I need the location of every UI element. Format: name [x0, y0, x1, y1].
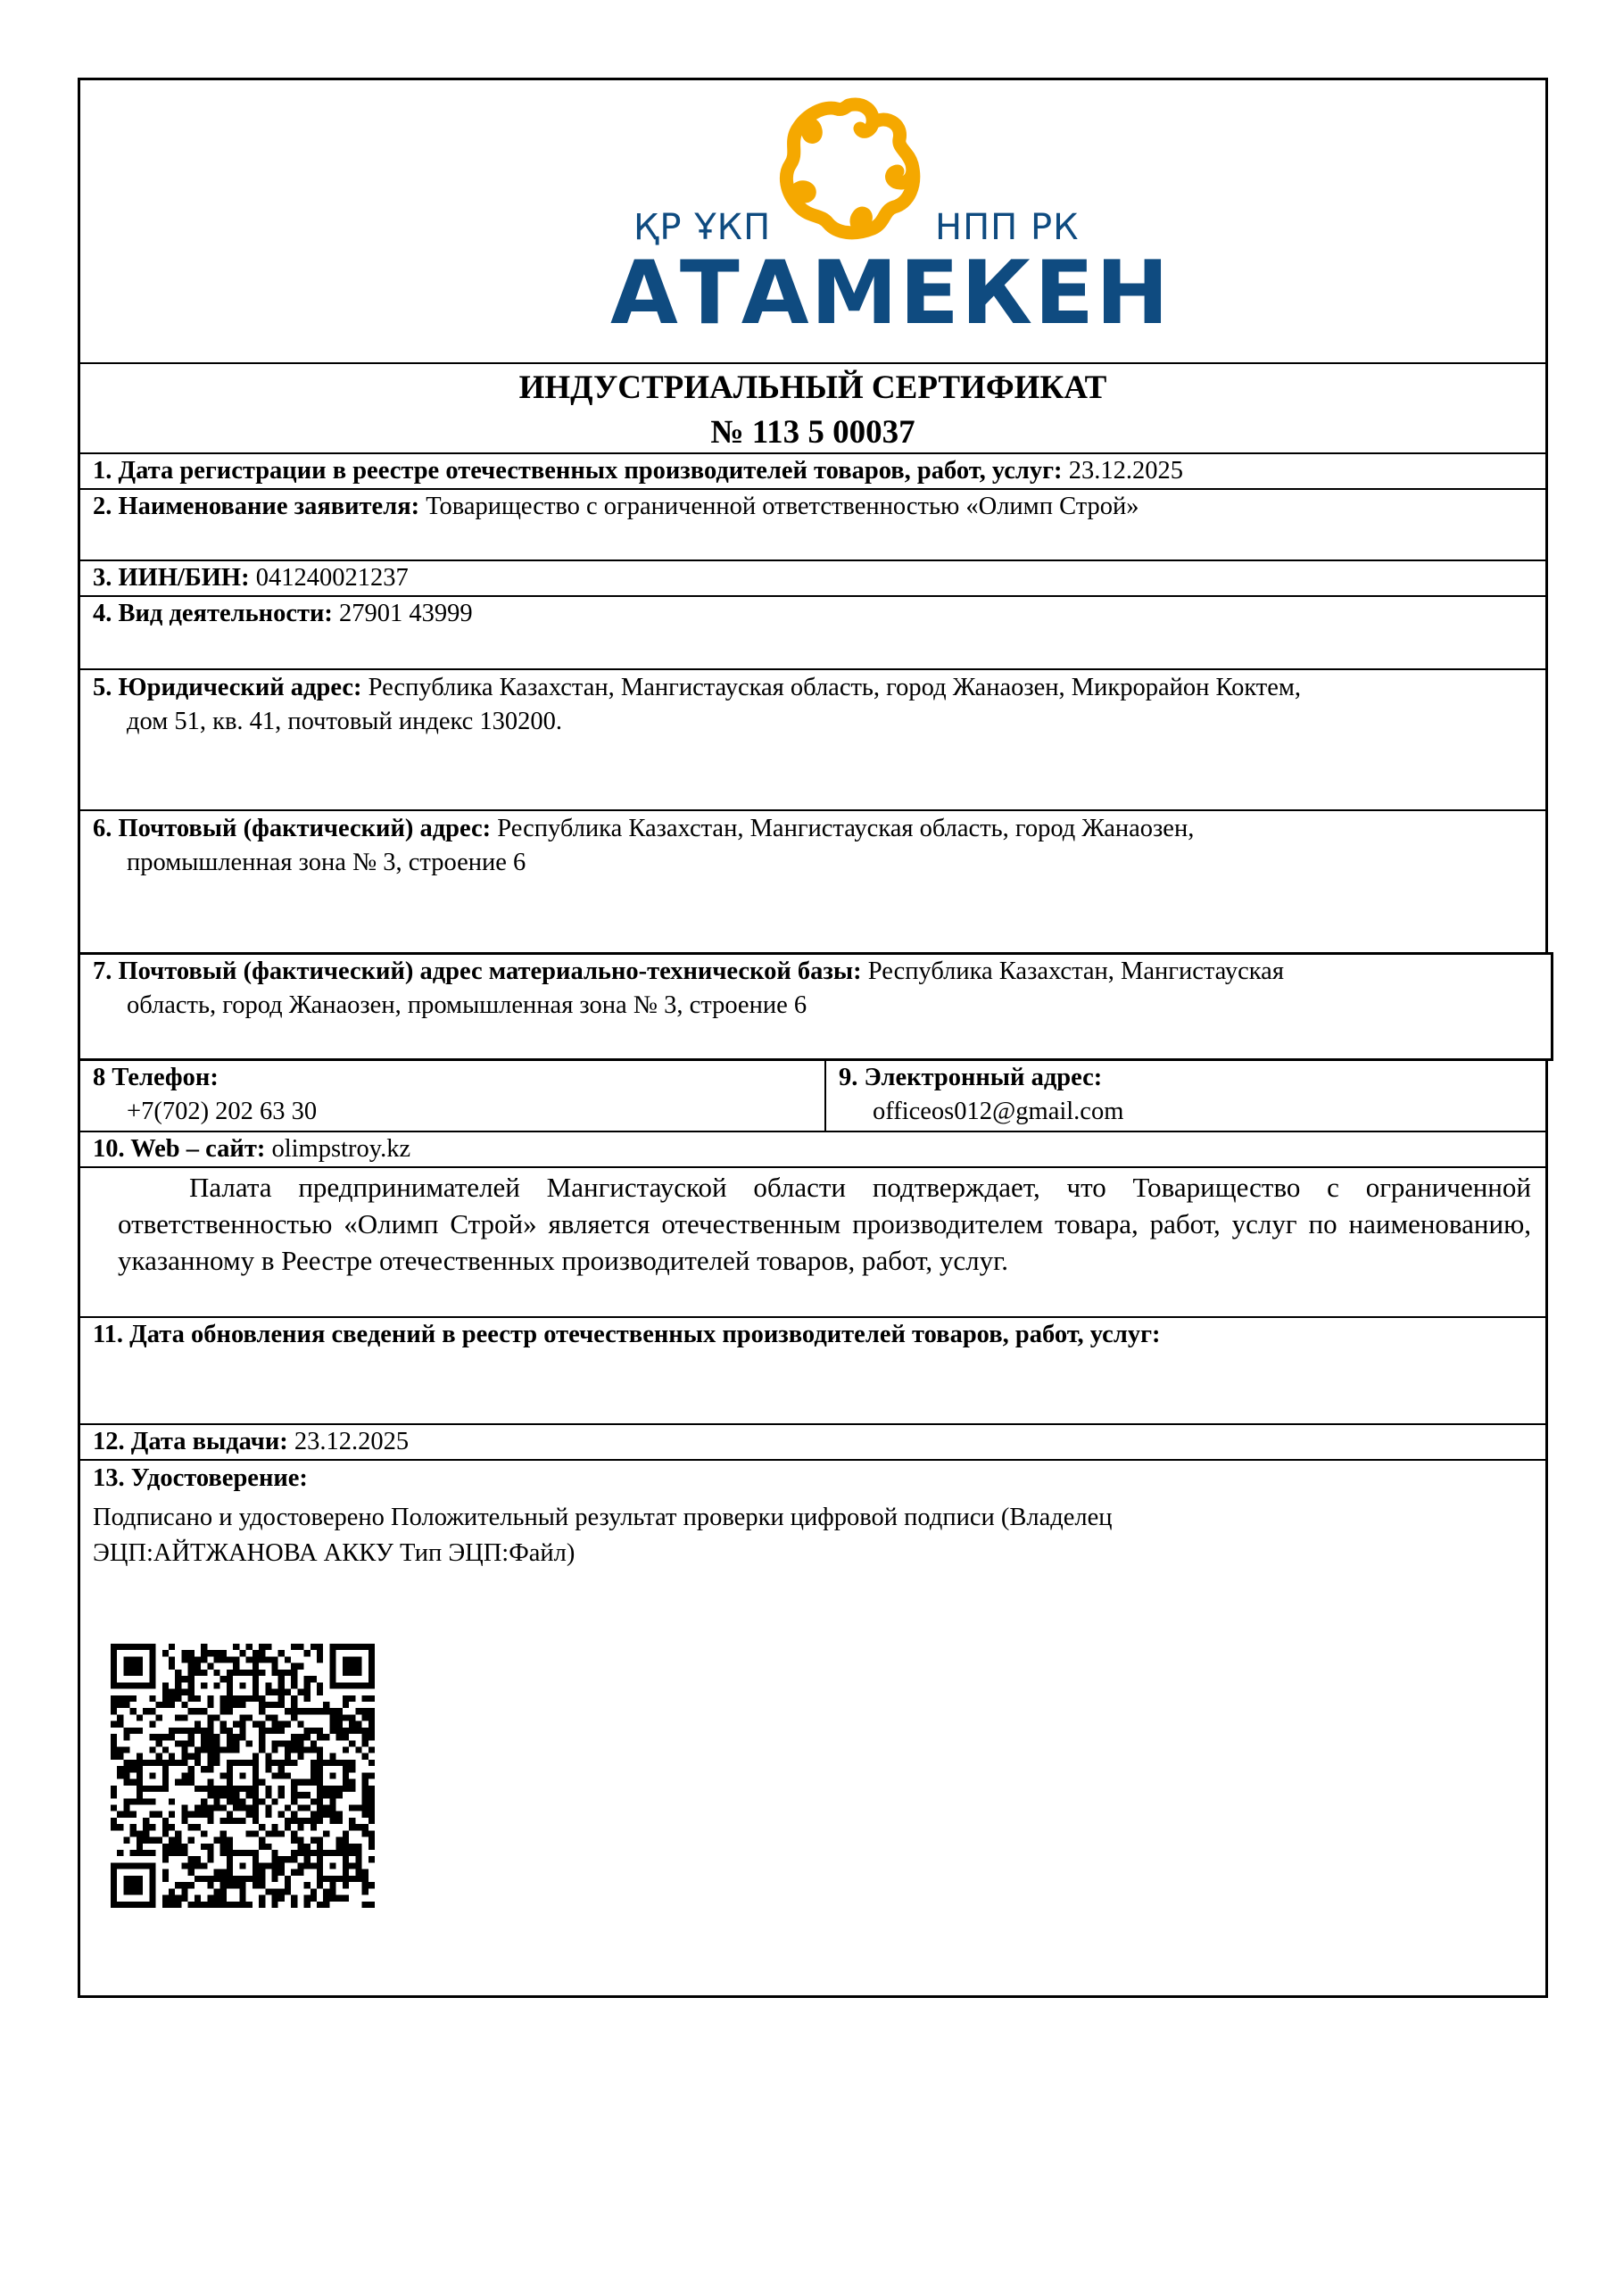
field-label: 12. Дата выдачи:: [93, 1428, 288, 1455]
field-value: Республика Казахстан, Мангистауская обла…: [368, 674, 1301, 701]
divider: [78, 809, 1548, 811]
divider: [78, 1166, 1548, 1168]
field-label: 4. Вид деятельности:: [93, 600, 333, 627]
signature-line-1: Подписано и удостоверено Положительный р…: [93, 1501, 1531, 1535]
atameken-logo: ҚР ҰКП НПП РК АТАМЕКЕН: [0, 0, 1623, 362]
field-value: 23.12.2025: [294, 1428, 409, 1455]
field-value: officeos012@gmail.com: [839, 1095, 1528, 1129]
field-label: 6. Почтовый (фактический) адрес:: [93, 815, 491, 842]
certificate-number: № 113 5 00037: [78, 410, 1548, 455]
field-label: 9. Электронный адрес:: [839, 1064, 1102, 1091]
field-value: Товарищество с ограниченной ответственно…: [426, 493, 1139, 520]
field-value: Республика Казахстан, Мангистауская: [868, 957, 1284, 985]
field-phone: 8 Телефон: +7(702) 202 63 30: [80, 1061, 821, 1129]
logo-wordmark: АТАМЕКЕН: [610, 243, 1171, 344]
field-value: 27901 43999: [339, 600, 473, 627]
field-value-cont: дом 51, кв. 41, почтовый индекс 130200.: [93, 705, 1531, 739]
field-label: 3. ИИН/БИН:: [93, 564, 250, 592]
field-value: 041240021237: [256, 564, 409, 592]
field-update-date: 11. Дата обновления сведений в реестр от…: [80, 1318, 1544, 1352]
field-value-cont: область, город Жанаозен, промышленная зо…: [93, 989, 1531, 1023]
field-label: 8 Телефон:: [93, 1064, 219, 1091]
field-postal-address: 6. Почтовый (фактический) адрес: Республ…: [80, 812, 1544, 880]
qr-code-icon[interactable]: [111, 1644, 375, 1908]
field-label: 1. Дата регистрации в реестре отечествен…: [93, 457, 1063, 485]
field-applicant-name: 2. Наименование заявителя: Товарищество …: [80, 490, 1544, 524]
certificate-title: ИНДУСТРИАЛЬНЫЙ СЕРТИФИКАТ: [78, 366, 1548, 410]
field-website: 10. Web – сайт: olimpstroy.kz: [80, 1132, 1544, 1166]
field-value: 23.12.2025: [1069, 457, 1183, 485]
field-certification: 13. Удостоверение: Подписано и удостовер…: [80, 1462, 1544, 1571]
field-issue-date: 12. Дата выдачи: 23.12.2025: [80, 1425, 1544, 1459]
field-value: +7(702) 202 63 30: [93, 1095, 808, 1129]
atameken-emblem-icon: [774, 93, 923, 241]
field-value-cont: промышленная зона № 3, строение 6: [93, 846, 1531, 880]
field-label: 7. Почтовый (фактический) адрес материал…: [93, 957, 862, 985]
signature-line-2: ЭЦП:АЙТЖАНОВА АККУ Тип ЭЦП:Файл): [93, 1537, 1531, 1571]
field-legal-address: 5. Юридический адрес: Республика Казахст…: [80, 671, 1544, 739]
divider: [78, 362, 1548, 364]
field-value: Республика Казахстан, Мангистауская обла…: [497, 815, 1194, 842]
field-label: 10. Web – сайт:: [93, 1135, 265, 1163]
divider: [78, 1459, 1548, 1461]
field-email: 9. Электронный адрес: officeos012@gmail.…: [826, 1061, 1540, 1129]
field-registration-date: 1. Дата регистрации в реестре отечествен…: [80, 454, 1544, 488]
divider: [78, 668, 1548, 670]
field-activity-type: 4. Вид деятельности: 27901 43999: [80, 597, 1544, 631]
field-label: 11. Дата обновления сведений в реестр от…: [93, 1321, 1161, 1348]
field-label: 5. Юридический адрес:: [93, 674, 361, 701]
field-label: 13. Удостоверение:: [93, 1464, 308, 1492]
field-base-address: 7. Почтовый (фактический) адрес материал…: [80, 955, 1544, 1023]
confirmation-text: Палата предпринимателей Мангистауской об…: [93, 1169, 1531, 1279]
field-value: olimpstroy.kz: [271, 1135, 410, 1163]
field-label: 2. Наименование заявителя:: [93, 493, 419, 520]
field-iin-bin: 3. ИИН/БИН: 041240021237: [80, 561, 1544, 595]
